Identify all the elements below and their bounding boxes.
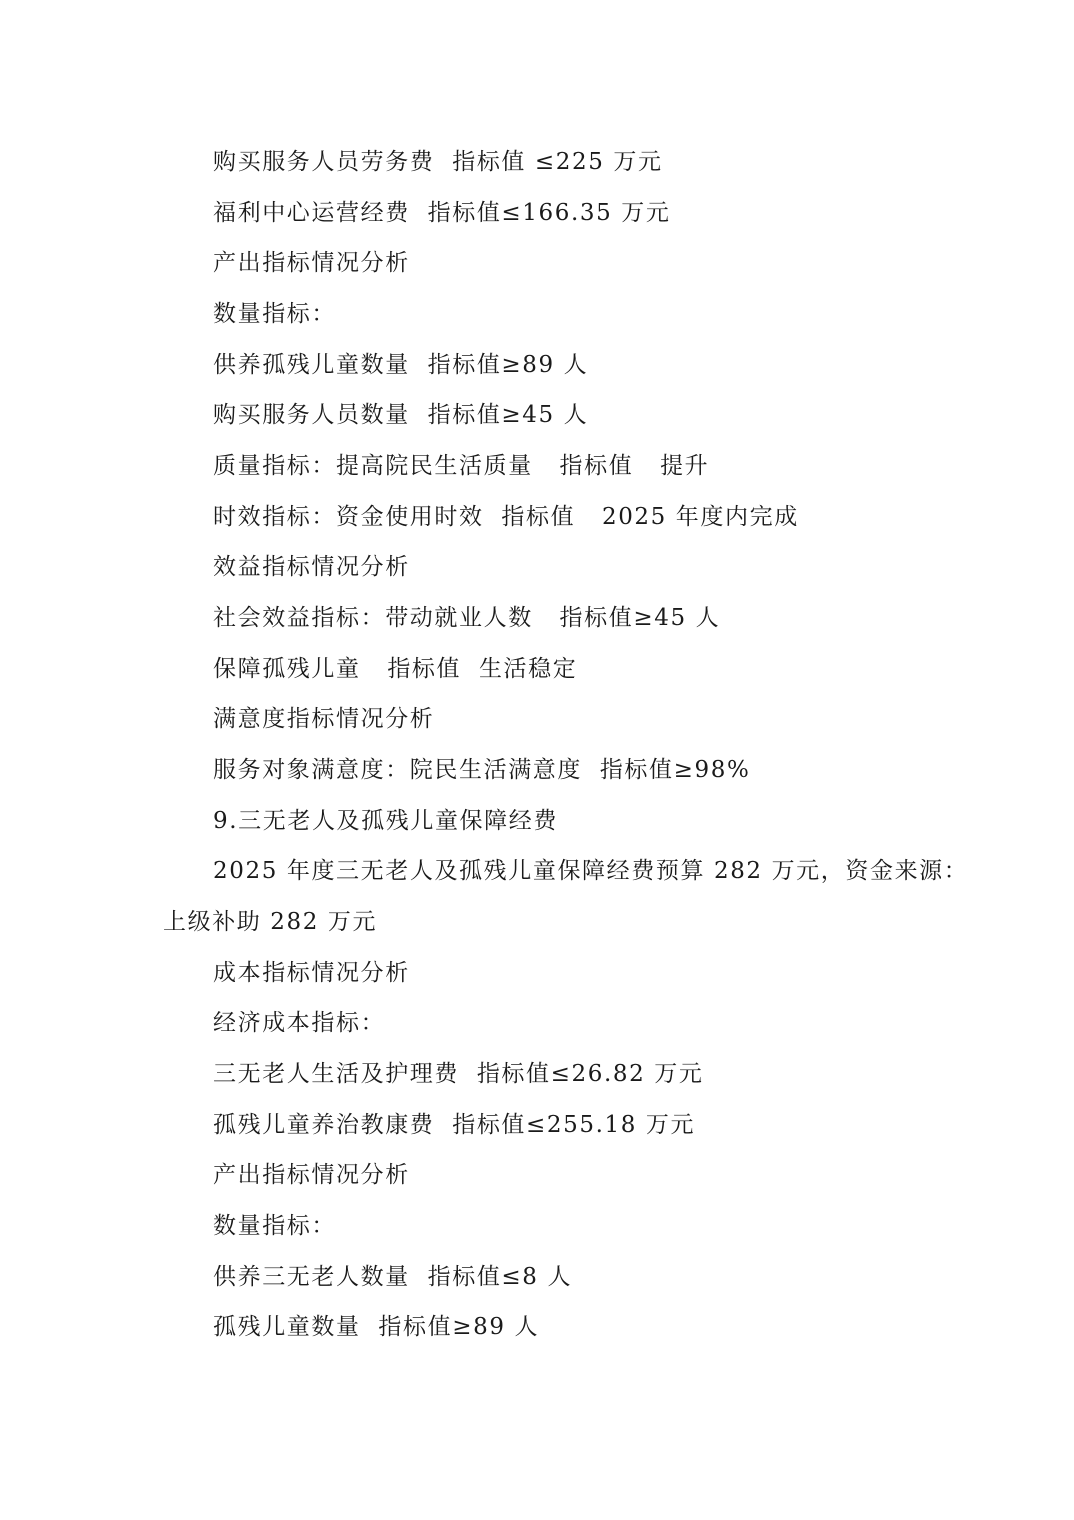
line-quality-indicator: 质量指标：提高院民生活质量 指标值 提升 [213,451,709,481]
line-orphan-protection: 保障孤残儿童 指标值 生活稳定 [213,654,577,684]
line-elderly-care-cost: 三无老人生活及护理费 指标值≤26.82 万元 [213,1059,703,1089]
line-output-indicator-heading-2: 产出指标情况分析 [213,1160,410,1190]
document-page: 购买服务人员劳务费 指标值 ≤225 万元 福利中心运营经费 指标值≤166.3… [0,0,1074,1520]
line-quantity-indicator-label-2: 数量指标： [213,1211,336,1241]
line-social-benefit-indicator: 社会效益指标：带动就业人数 指标值≥45 人 [213,603,720,633]
line-benefit-indicator-heading: 效益指标情况分析 [213,552,410,582]
section-heading-9: 9.三无老人及孤残儿童保障经费 [213,806,558,836]
line-service-staff-count: 购买服务人员数量 指标值≥45 人 [213,400,588,430]
line-budget-statement: 2025 年度三无老人及孤残儿童保障经费预算 282 万元，资金来源： [213,856,968,886]
line-orphan-care-cost: 孤残儿童养治教康费 指标值≤255.18 万元 [213,1110,695,1140]
line-orphan-children-count: 供养孤残儿童数量 指标值≥89 人 [213,350,588,380]
line-cost-indicator-heading: 成本指标情况分析 [213,958,410,988]
line-satisfaction-indicator-heading: 满意度指标情况分析 [213,704,434,734]
line-elderly-count: 供养三无老人数量 指标值≤8 人 [213,1262,572,1292]
line-service-labor-cost: 购买服务人员劳务费 指标值 ≤225 万元 [213,147,663,177]
line-service-satisfaction: 服务对象满意度：院民生活满意度 指标值≥98% [213,755,750,785]
line-economic-cost-label: 经济成本指标： [213,1008,385,1038]
line-output-indicator-heading: 产出指标情况分析 [213,248,410,278]
line-quantity-indicator-label: 数量指标： [213,299,336,329]
line-welfare-center-operating-cost: 福利中心运营经费 指标值≤166.35 万元 [213,198,670,228]
line-orphan-count: 孤残儿童数量 指标值≥89 人 [213,1312,539,1342]
line-timeliness-indicator: 时效指标：资金使用时效 指标值 2025 年度内完成 [213,502,799,532]
line-budget-statement-continued: 上级补助 282 万元 [163,907,377,937]
